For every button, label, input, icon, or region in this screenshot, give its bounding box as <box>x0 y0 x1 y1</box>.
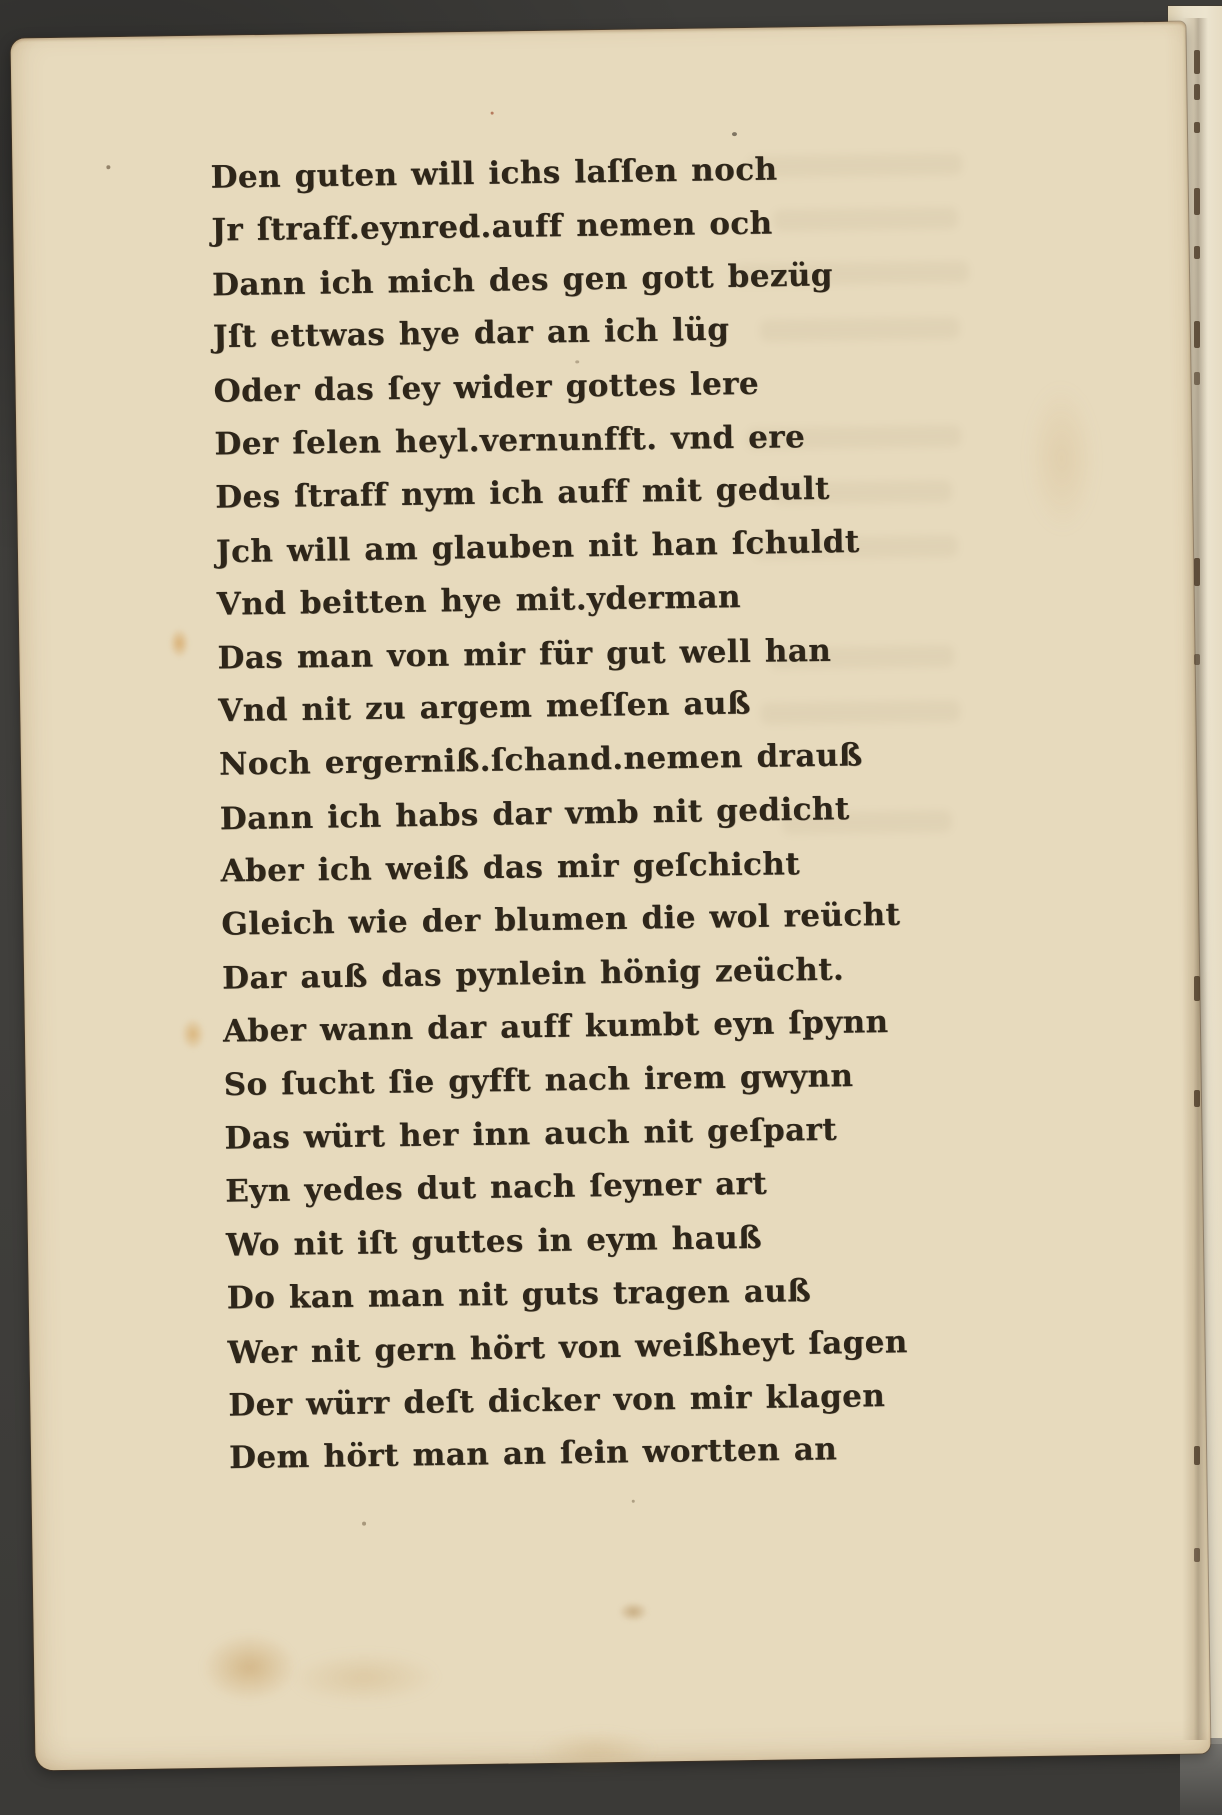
paper-stain <box>618 1602 648 1622</box>
poem-line: So ſucht ſie gyfft nach irem gwynn <box>223 1048 944 1112</box>
stitch-mark <box>1194 188 1200 215</box>
poem-line: Jſt ettwas hye dar an ich lüg <box>212 301 933 365</box>
ink-speck <box>106 165 110 169</box>
poem-line: Der ſelen heyl.vernunfft. vnd ere <box>214 409 935 471</box>
stitch-mark <box>1194 1548 1200 1562</box>
stitch-mark <box>1194 1090 1200 1107</box>
stitch-mark <box>1194 321 1200 348</box>
poem-line: Dann ich habs dar vmb nit gedicht <box>219 781 940 846</box>
stitch-mark <box>1194 558 1200 586</box>
poem-line: Den guten will ichs laſſen noch <box>210 141 931 205</box>
stitch-mark <box>1194 246 1200 259</box>
paper-stain <box>289 1651 440 1705</box>
stitch-mark <box>1194 1446 1200 1465</box>
stitch-mark <box>1194 372 1200 385</box>
stitch-mark <box>1194 976 1200 1001</box>
paper-stain <box>1026 383 1098 534</box>
stitch-mark <box>1194 50 1200 74</box>
poem-line: Dem hört man an ſein wortten an <box>229 1422 950 1486</box>
poem-line: Oder das ſey wider gottes lere <box>213 355 934 419</box>
ink-speck <box>362 1522 366 1526</box>
book-scan: Den guten will ichs laſſen noch Jr ſtraf… <box>0 0 1222 1815</box>
ink-speck <box>632 1500 635 1503</box>
stitch-mark <box>1194 122 1200 133</box>
poem-line: Das würt her inn auch nit geſpart <box>224 1102 945 1166</box>
poem-line: Vnd nit zu argem meſſen auß <box>218 675 939 739</box>
poem-line: Wer nit gern hört von weißheyt ſagen <box>227 1315 948 1380</box>
poem-line: Wo nit iſt guttes in eym hauß <box>226 1209 947 1273</box>
paper-stain <box>169 628 189 658</box>
page-leaf: Den guten will ichs laſſen noch Jr ſtraf… <box>11 22 1211 1771</box>
ink-speck <box>732 132 737 136</box>
gutter-crease <box>1182 18 1208 1740</box>
ink-speck <box>491 112 494 115</box>
poem-line: Jch will am glauben nit han ſchuldt <box>216 514 937 579</box>
stitch-mark <box>1194 654 1200 665</box>
paper-stain <box>202 1633 298 1702</box>
poem-text-block: Den guten will ichs laſſen noch Jr ſtraf… <box>210 141 949 1486</box>
paper-stain <box>181 1018 205 1050</box>
poem-line: Aber ich weiß das mir geſchicht <box>220 837 941 899</box>
stitch-mark <box>1194 84 1200 100</box>
paper-stain <box>535 1729 656 1771</box>
